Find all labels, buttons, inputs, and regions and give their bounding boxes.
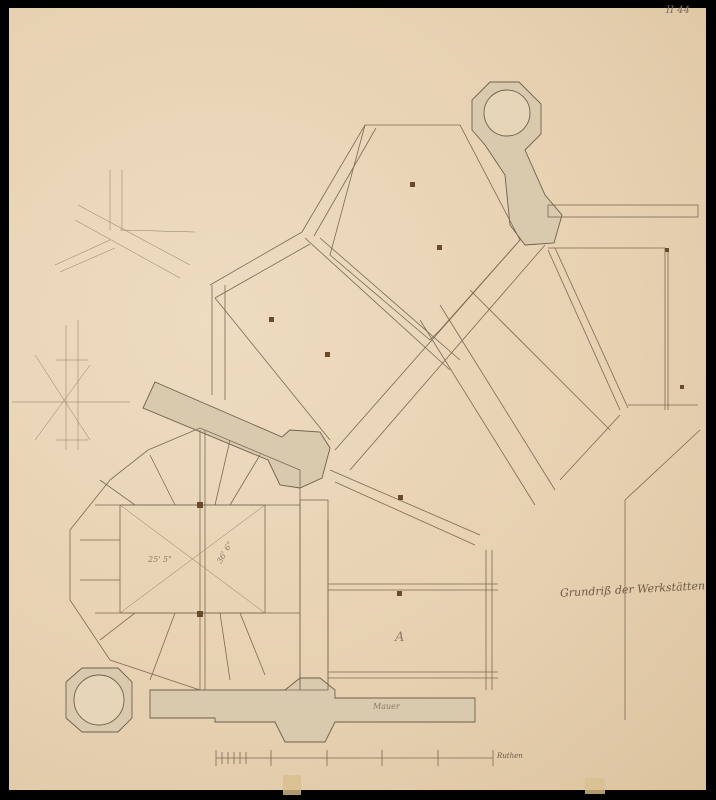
floor-plan-drawing <box>0 0 716 800</box>
stair-room-octagonal <box>70 428 300 690</box>
diagonal-wall <box>143 382 330 488</box>
catalog-mark: II 44 <box>666 5 690 16</box>
tower-top-right <box>472 82 562 245</box>
timber-frame-diagonal <box>210 125 620 545</box>
posts <box>197 182 684 617</box>
scale-bar <box>216 750 493 766</box>
lower-wall-label: Mauer <box>373 702 400 711</box>
lower-wall <box>150 678 475 742</box>
joint-detail-lower <box>12 320 130 450</box>
tape-mark-left <box>283 775 301 795</box>
room-dimension-left: 25' 5" <box>148 555 172 564</box>
center-mark: A <box>395 630 404 645</box>
tower-bottom-left <box>66 668 132 732</box>
joint-detail-upper <box>55 170 195 278</box>
right-wing-frame <box>548 205 700 720</box>
scale-unit: Ruthen <box>497 752 523 760</box>
tape-mark-right <box>585 778 605 794</box>
